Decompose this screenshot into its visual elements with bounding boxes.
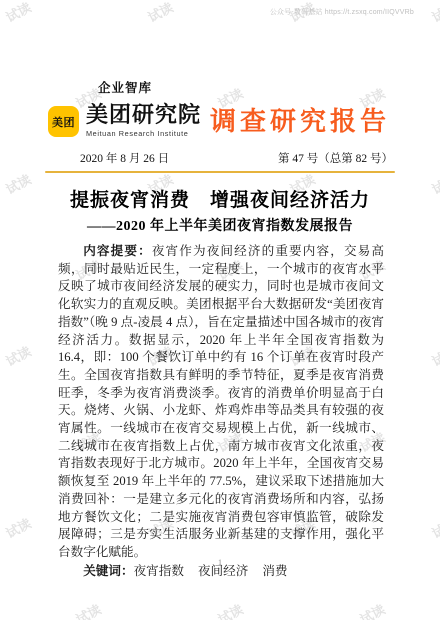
trial-read-watermark: 试读 bbox=[214, 599, 246, 620]
page-number: 1 bbox=[0, 558, 440, 567]
report-type-heading: 调查研究报告 bbox=[210, 101, 410, 138]
trial-read-watermark: 试读 bbox=[2, 0, 34, 26]
issue-number: 第 47 号（总第 82 号） bbox=[278, 150, 393, 166]
report-date: 2020 年 8 月 26 日 bbox=[80, 150, 169, 166]
meituan-logo-text: 美团 bbox=[52, 114, 75, 130]
abstract-label: 内容提要： bbox=[83, 244, 152, 258]
trial-read-watermark: 试读 bbox=[428, 0, 440, 26]
meituan-logo-icon: 美团 bbox=[48, 106, 79, 137]
abstract-text: 夜宵作为夜间经济的重要内容，交易高频，同时最贴近民生，一定程度上，一个城市的夜宵… bbox=[58, 244, 384, 559]
date-issue-row: 2020 年 8 月 26 日 第 47 号（总第 82 号） bbox=[45, 150, 395, 166]
trial-read-watermark: 试读 bbox=[428, 513, 440, 542]
report-cover-page: 试读试读试读试读试读试读试读试读试读试读试读试读试读试读试读试读试读试读试读试读… bbox=[0, 0, 440, 620]
report-subtitle: ——2020 年上半年美团夜宵指数发展报告 bbox=[0, 215, 440, 235]
report-title: 提振夜宵消费 增强夜间经济活力 bbox=[0, 185, 440, 212]
gold-divider bbox=[45, 171, 395, 173]
public-account-note: 公众号-数研基站 https://t.zsxq.com/IIQVVRb bbox=[270, 7, 414, 17]
trial-read-watermark: 试读 bbox=[428, 341, 440, 370]
trial-read-watermark: 试读 bbox=[144, 0, 176, 26]
enterprise-thinktank-tagline: 企业智库 bbox=[98, 78, 152, 96]
trial-read-watermark: 试读 bbox=[2, 341, 34, 370]
institute-name-block: 美团研究院 Meituan Research Institute bbox=[86, 102, 226, 138]
abstract-block: 内容提要：夜宵作为夜间经济的重要内容，交易高频，同时最贴近民生，一定程度上，一个… bbox=[58, 243, 384, 580]
institute-name-en: Meituan Research Institute bbox=[86, 129, 226, 138]
institute-name-cn: 美团研究院 bbox=[86, 102, 226, 128]
abstract-paragraph: 内容提要：夜宵作为夜间经济的重要内容，交易高频，同时最贴近民生，一定程度上，一个… bbox=[58, 243, 384, 562]
trial-read-watermark: 试读 bbox=[356, 599, 388, 620]
trial-read-watermark: 试读 bbox=[72, 599, 104, 620]
trial-read-watermark: 试读 bbox=[2, 513, 34, 542]
